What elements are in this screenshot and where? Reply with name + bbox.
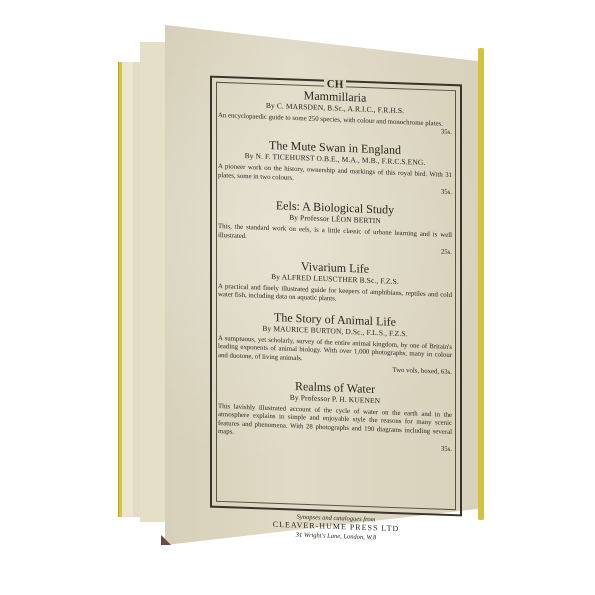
book-entry: Eels: A Biological Study By Professor LÉ… (218, 197, 452, 257)
book-entry: Vivarium Life By ALFRED LEUSCTHER B.Sc.,… (218, 257, 452, 309)
book-entry: Mammillaria By C. MARSDEN, B.Sc., A.R.I.… (218, 86, 452, 137)
publisher-footer: Synopses and catalogues from CLEAVER-HUM… (210, 511, 462, 545)
book-entry: Realms of Water By Professor P. H. KUENE… (218, 377, 452, 454)
book-entry: The Story of Animal Life By MAURICE BURT… (218, 309, 452, 377)
book-list: CH Mammillaria By C. MARSDEN, B.Sc., A.R… (218, 88, 452, 463)
book-photo: CH Mammillaria By C. MARSDEN, B.Sc., A.R… (0, 0, 595, 595)
yellow-board-edge (478, 48, 484, 520)
book-entry: The Mute Swan in England By N. F. TICEHU… (218, 137, 452, 197)
